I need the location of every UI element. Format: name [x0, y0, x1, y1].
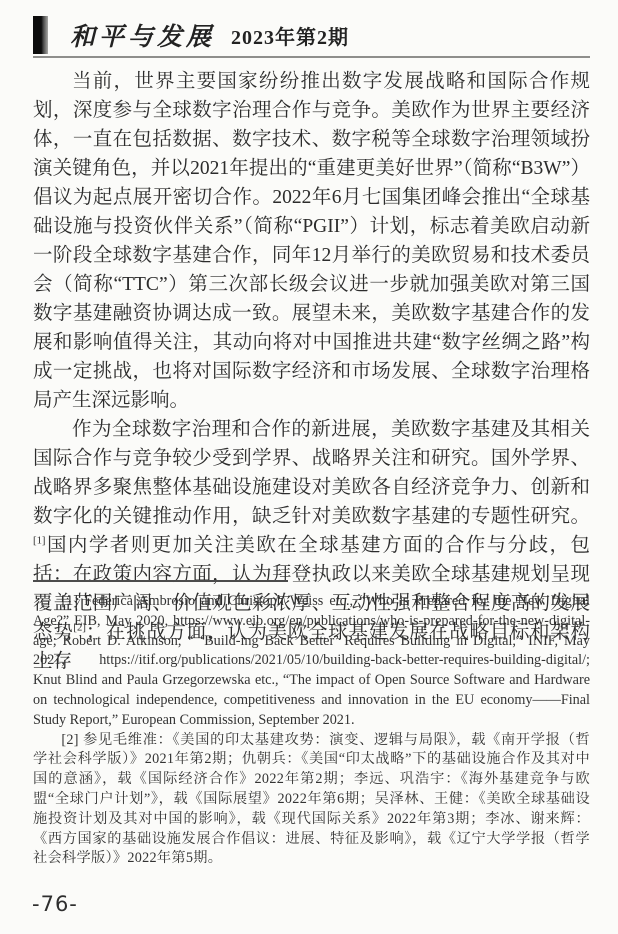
footnote-ref: [1] — [33, 535, 46, 547]
journal-page: 和平与发展 2023年第2期 当前，世界主要国家纷纷推出数字发展战略和国际合作规… — [0, 0, 618, 934]
header-divider — [33, 56, 590, 58]
page-number: -76- — [32, 892, 78, 916]
body-text: 当前，世界主要国家纷纷推出数字发展战略和国际合作规划，深度参与全球数字治理合作与… — [33, 71, 590, 411]
footnote-divider — [33, 580, 288, 582]
footnote-item: [1] Federica Ambrosio and Christoph Weis… — [33, 592, 590, 731]
footnote-item: [2] 参见毛维准：《美国的印太基建攻势：演变、逻辑与局限》，载《南开学报（哲学… — [33, 731, 590, 870]
article-body: 当前，世界主要国家纷纷推出数字发展战略和国际合作规划，深度参与全球数字治理合作与… — [33, 67, 590, 676]
journal-title: 和平与发展 — [70, 17, 215, 53]
body-paragraph: 当前，世界主要国家纷纷推出数字发展战略和国际合作规划，深度参与全球数字治理合作与… — [33, 67, 590, 415]
journal-issue: 2023年第2期 — [231, 21, 349, 50]
header-block-icon — [33, 16, 48, 54]
page-header: 和平与发展 2023年第2期 — [33, 15, 349, 55]
body-text: 作为全球数字治理和合作的新进展，美欧数字基建及其相关国际合作与竞争较少受到学界、… — [33, 419, 590, 527]
footnotes: [1] Federica Ambrosio and Christoph Weis… — [33, 592, 590, 869]
